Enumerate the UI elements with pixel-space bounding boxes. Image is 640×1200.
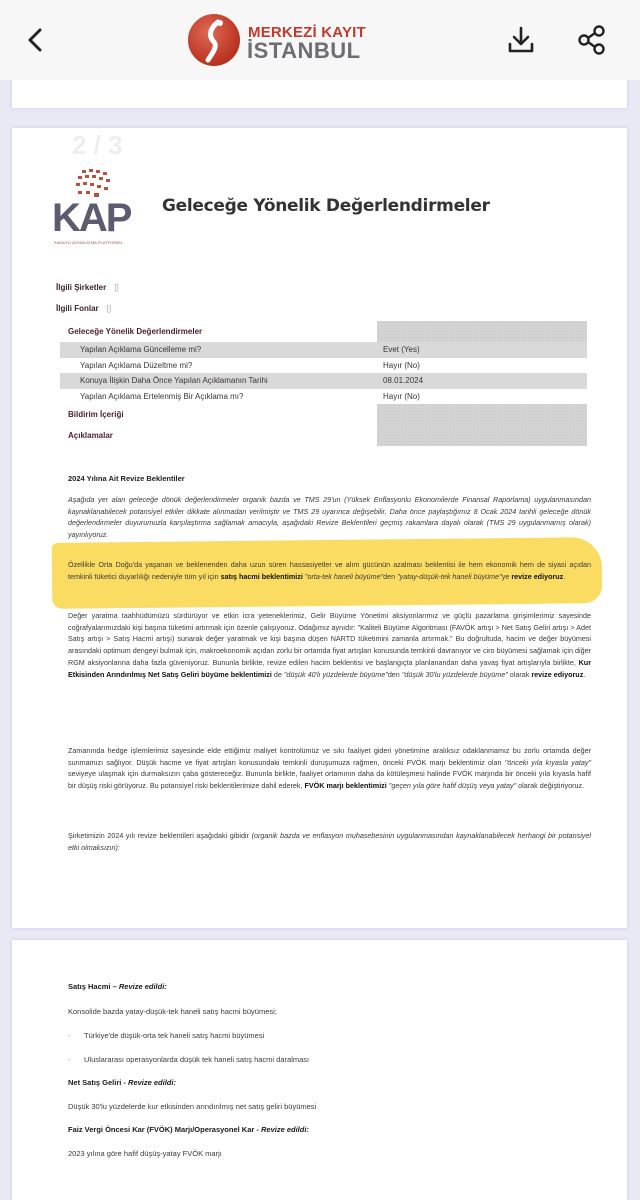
net-sales-heading: Net Satış Geliri - Revize edildi: [68, 1078, 176, 1087]
page-indicator: 2 / 3 [72, 130, 123, 161]
chevron-left-icon [20, 22, 52, 58]
document-page-3: Satış Hacmi – Revize edildi: Konsolide b… [12, 940, 627, 1183]
sales-volume-text: Konsolide bazda yatay-düşük-tek haneli s… [68, 1007, 277, 1016]
related-funds-label: İlgili Fonlar [56, 304, 99, 313]
kap-logo: KAP KAMUYU AYDINLATMA PLATFORMU [52, 166, 147, 248]
info-table-header: Geleceğe Yönelik Değerlendirmeler [60, 321, 377, 342]
sales-volume-heading: Satış Hacmi – Revize edildi: [68, 982, 167, 991]
notification-content-row: Bildirim İçeriği [60, 404, 377, 425]
logo-text-bottom: İSTANBUL [247, 38, 361, 64]
kap-logo-subtitle: KAMUYU AYDINLATMA PLATFORMU [54, 240, 122, 245]
related-companies: İlgili Şirketler[] [56, 283, 119, 292]
table-row: Yapılan Açıklama Düzeltme mi?Hayır (No) [60, 358, 587, 374]
info-table: Geleceğe Yönelik Değerlendirmeler Yapıla… [60, 321, 587, 446]
merkezi-kayit-logo: MERKEZİ KAYIT İSTANBUL [188, 14, 388, 68]
explanations-row: Açıklamalar [60, 425, 377, 446]
related-funds-value: [] [107, 304, 111, 313]
share-icon [575, 22, 609, 58]
download-icon [504, 22, 538, 58]
list-item: -Uluslararası operasyonlarda düşük tek h… [68, 1055, 309, 1064]
ebit-margin-heading: Faiz Vergi Öncesi Kar (FVÖK) Marjı/Opera… [68, 1125, 309, 1134]
table-row: Yapılan Açıklama Ertelenmiş Bir Açıklama… [60, 389, 587, 405]
ebit-margin-text: 2023 yılına göre hafif düşüş-yatay FVÖK … [68, 1149, 222, 1158]
table-row: Konuya İlişkin Daha Önce Yapılan Açıklam… [60, 373, 587, 389]
page-title: Geleceğe Yönelik Değerlendirmeler [162, 196, 490, 216]
paragraph-1: Aşağıda yer alan geleceğe dönük değerlen… [68, 494, 591, 541]
download-button[interactable] [504, 22, 538, 58]
document-page-2: 2 / 3 KAP KAMUYU AYDINLATMA PLATFORMU Ge… [12, 128, 627, 928]
related-companies-value: [] [114, 283, 118, 292]
paragraph-5: Şirketimizin 2024 yılı revize beklentile… [68, 830, 591, 853]
paragraph-4: Zamanında hedge işlemlerimiz sayesinde e… [68, 745, 591, 792]
table-row: Yapılan Açıklama Güncelleme mi?Evet (Yes… [60, 342, 587, 358]
section-title: 2024 Yılına Ait Revize Beklentiler [68, 474, 185, 483]
related-companies-label: İlgili Şirketler [56, 283, 106, 292]
list-item: -Türkiye'de düşük-orta tek haneli satış … [68, 1031, 264, 1040]
back-button[interactable] [20, 22, 52, 58]
logo-emblem-icon [188, 14, 240, 66]
paragraph-3: Değer yaratma taahhüdümüzü sürdürüyor ve… [68, 610, 591, 680]
app-bar: MERKEZİ KAYIT İSTANBUL [0, 0, 640, 80]
net-sales-text: Düşük 30'lu yüzdelerde kur etkisinden ar… [68, 1102, 316, 1111]
related-funds: İlgili Fonlar[] [56, 304, 111, 313]
share-button[interactable] [575, 22, 609, 58]
kap-logo-text: KAP [52, 196, 130, 241]
paragraph-2-highlighted: Özellikle Orta Doğu'da yaşanan ve beklen… [68, 559, 591, 582]
